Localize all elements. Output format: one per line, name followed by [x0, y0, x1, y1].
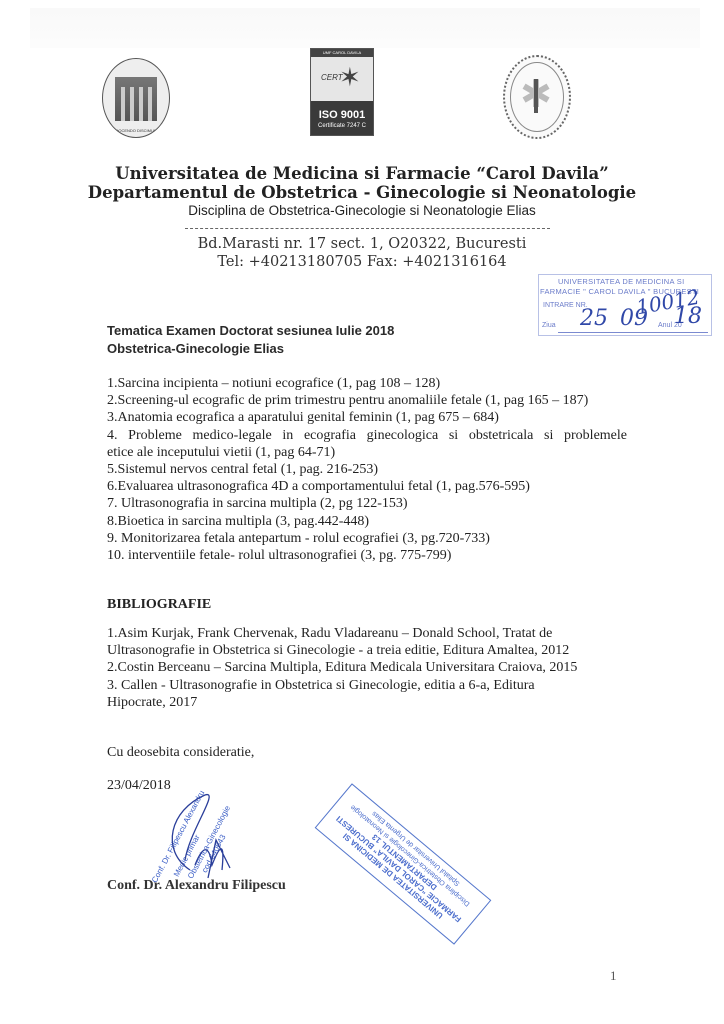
- signer-name: Conf. Dr. Alexandru Filipescu: [107, 878, 286, 894]
- topic-item: 5.Sistemul nervos central fetal (1, pag.…: [107, 461, 627, 478]
- stamp-underline: [558, 332, 708, 333]
- dept-stamp-line: DEPARTAMENTUL 13: [337, 805, 471, 920]
- topic-item-continuation: etice ale inceputului vietii (1, pag 64-…: [107, 444, 627, 461]
- bibliography-item: Hipocrate, 2017: [107, 694, 647, 711]
- topic-item: 2.Screening-ul ecografic de prim trimest…: [107, 392, 627, 409]
- bibliography-item: 3. Callen - Ultrasonografie in Obstetric…: [107, 677, 647, 694]
- topic-item: 7. Ultrasonografia in sarcina multipla (…: [107, 495, 627, 512]
- contact: Tel: +40213180705 Fax: +4021316164: [0, 254, 724, 270]
- signature-stamp: Conf. Dr. Filipescu Alexandru Medic prim…: [150, 770, 260, 890]
- department-name: Departamentul de Obstetrica - Ginecologi…: [0, 183, 724, 202]
- registration-day: 25: [580, 306, 608, 331]
- topic-item: 8.Bioetica in sarcina multipla (3, pag.4…: [107, 513, 627, 530]
- topic-item: 9. Monitorizarea fetala antepartum - rol…: [107, 530, 627, 547]
- handwritten-signature: [150, 770, 260, 890]
- bibliography-heading: BIBLIOGRAFIE: [107, 597, 211, 613]
- topic-item: 1.Sarcina incipienta – notiuni ecografic…: [107, 375, 627, 392]
- bibliography-list: 1.Asim Kurjak, Frank Chervenak, Radu Vla…: [107, 625, 647, 711]
- seal-caption: DOCENDO DISCIMUS: [103, 128, 169, 133]
- column-icon: [139, 87, 143, 121]
- header-divider: [185, 228, 550, 229]
- column-icon: [148, 87, 152, 121]
- stamp-day-label: Ziua: [542, 322, 556, 329]
- iso-standard: ISO 9001: [311, 101, 373, 122]
- closing-salutation: Cu deosebita consideratie,: [107, 745, 254, 761]
- page-number: 1: [610, 968, 617, 984]
- topic-item: 4. Probleme medico-legale in ecografia g…: [107, 427, 627, 444]
- cert-star-icon: ✶: [339, 63, 363, 93]
- registration-year: 18: [674, 304, 702, 329]
- scan-noise: [30, 8, 700, 48]
- discipline-name: Disciplina de Obstetrica-Ginecologie si …: [0, 203, 724, 218]
- registration-month: 09: [620, 306, 648, 331]
- iso-logo-header: UMF CAROL DAVILA BUCURESTI: [311, 49, 373, 57]
- bibliography-item: 1.Asim Kurjak, Frank Chervenak, Radu Vla…: [107, 625, 647, 642]
- department-stamp: UNIVERSITATEA DE MEDICINA SI FARMACIE "C…: [315, 783, 492, 944]
- topic-list: 1.Sarcina incipienta – notiuni ecografic…: [107, 375, 627, 564]
- column-icon: [130, 87, 134, 121]
- address: Bd.Marasti nr. 17 sect. 1, O20322, Bucur…: [0, 236, 724, 252]
- hospital-seal-logo: ✱: [503, 55, 571, 139]
- iso-certificate: Certificate 7247 C: [311, 122, 373, 130]
- stamp-line-1: UNIVERSITATEA DE MEDICINA SI: [558, 277, 684, 286]
- topic-item: 10. interventiile fetale- rolul ultrason…: [107, 547, 627, 564]
- registration-stamp: UNIVERSITATEA DE MEDICINA SI FARMACIE " …: [538, 274, 713, 336]
- university-name: Universitatea de Medicina si Farmacie “C…: [0, 164, 724, 183]
- rod-of-asclepius-icon: [534, 79, 538, 113]
- iso-certification-logo: UMF CAROL DAVILA BUCURESTI CERT ✶ ISO 90…: [310, 48, 374, 136]
- document-subtitle: Obstetrica-Ginecologie Elias: [107, 341, 284, 356]
- column-icon: [121, 87, 125, 121]
- topic-item: 3.Anatomia ecografica a aparatului genit…: [107, 409, 627, 426]
- document-title: Tematica Examen Doctorat sesiunea Iulie …: [107, 323, 394, 338]
- university-seal-logo: DOCENDO DISCIMUS: [102, 58, 170, 138]
- topic-item: 6.Evaluarea ultrasonografica 4D a compor…: [107, 478, 627, 495]
- bibliography-item: 2.Costin Berceanu – Sarcina Multipla, Ed…: [107, 659, 647, 676]
- bibliography-item: Ultrasonografie in Obstetrica si Ginecol…: [107, 642, 647, 659]
